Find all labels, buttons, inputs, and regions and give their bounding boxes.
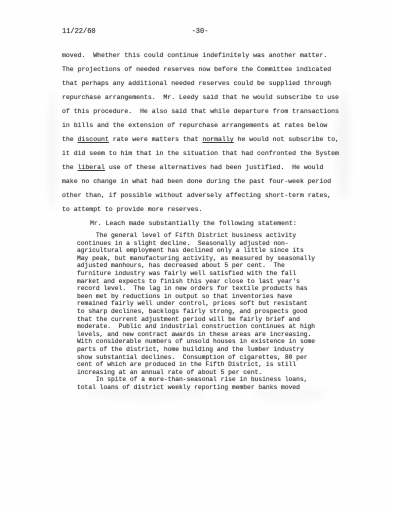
text-line: With considerable numbers of unsold hous… — [77, 338, 319, 346]
text-line: In spite of a more-than-seasonal rise in… — [77, 376, 319, 384]
text-line: repurchase arrangements. Mr. Leedy said … — [62, 91, 344, 105]
text-line: show substantial declines. Consumption o… — [77, 354, 319, 362]
paragraph-main: moved. Whether this could continue indef… — [62, 49, 344, 217]
page-number: -30- — [62, 28, 338, 36]
text-line: cent of which are produced in the Fifth … — [77, 361, 319, 369]
text-line: in bills and the extension of repurchase… — [62, 119, 344, 133]
text-line: it did seem to him that in the situation… — [62, 147, 344, 161]
text-line: of this procedure. He also said that whi… — [62, 105, 344, 119]
text-line: to sharp declines, backlogs fairly stron… — [77, 308, 319, 316]
statement-blockquote: The general level of Fifth District busi… — [77, 232, 319, 391]
statement-paragraph-2: In spite of a more-than-seasonal rise in… — [77, 376, 319, 391]
text-line: total loans of district weekly reporting… — [77, 384, 319, 392]
text-line: parts of the district, home building and… — [77, 346, 319, 354]
text-line: the liberal use of these alternatives ha… — [62, 161, 344, 175]
text-line: that the current adjustment period will … — [77, 316, 319, 324]
text-line: furniture industry was fairly well satis… — [77, 270, 319, 278]
text-line: record level. The lag in new orders for … — [77, 285, 319, 293]
text-line: The projections of needed reserves now b… — [62, 63, 344, 77]
text-line: moderate. Public and industrial construc… — [77, 323, 319, 331]
scan-smudge — [48, 92, 57, 210]
text-line: adjusted manhours, has decreased about 5… — [77, 262, 319, 270]
paragraph-statement-intro: Mr. Leach made substantially the followi… — [62, 217, 344, 231]
statement-paragraph-1: The general level of Fifth District busi… — [77, 232, 319, 376]
page-header: 11/22/60 -30- — [62, 28, 338, 40]
text-line: make no change in what had been done dur… — [62, 175, 344, 189]
scanned-document-page: 11/22/60 -30- moved. Whether this could … — [0, 0, 393, 512]
text-line: the discount rate were matters that norm… — [62, 133, 344, 147]
text-line: moved. Whether this could continue indef… — [62, 49, 344, 63]
text-line: agricultural employment has declined onl… — [77, 247, 319, 255]
text-line: other than, if possible without adversel… — [62, 189, 344, 203]
text-line: that perhaps any additional needed reser… — [62, 77, 344, 91]
text-line: to attempt to provide more reserves. — [62, 203, 344, 217]
text-line: remained fairly well under control, pric… — [77, 300, 319, 308]
text-line: The general level of Fifth District busi… — [77, 232, 319, 240]
